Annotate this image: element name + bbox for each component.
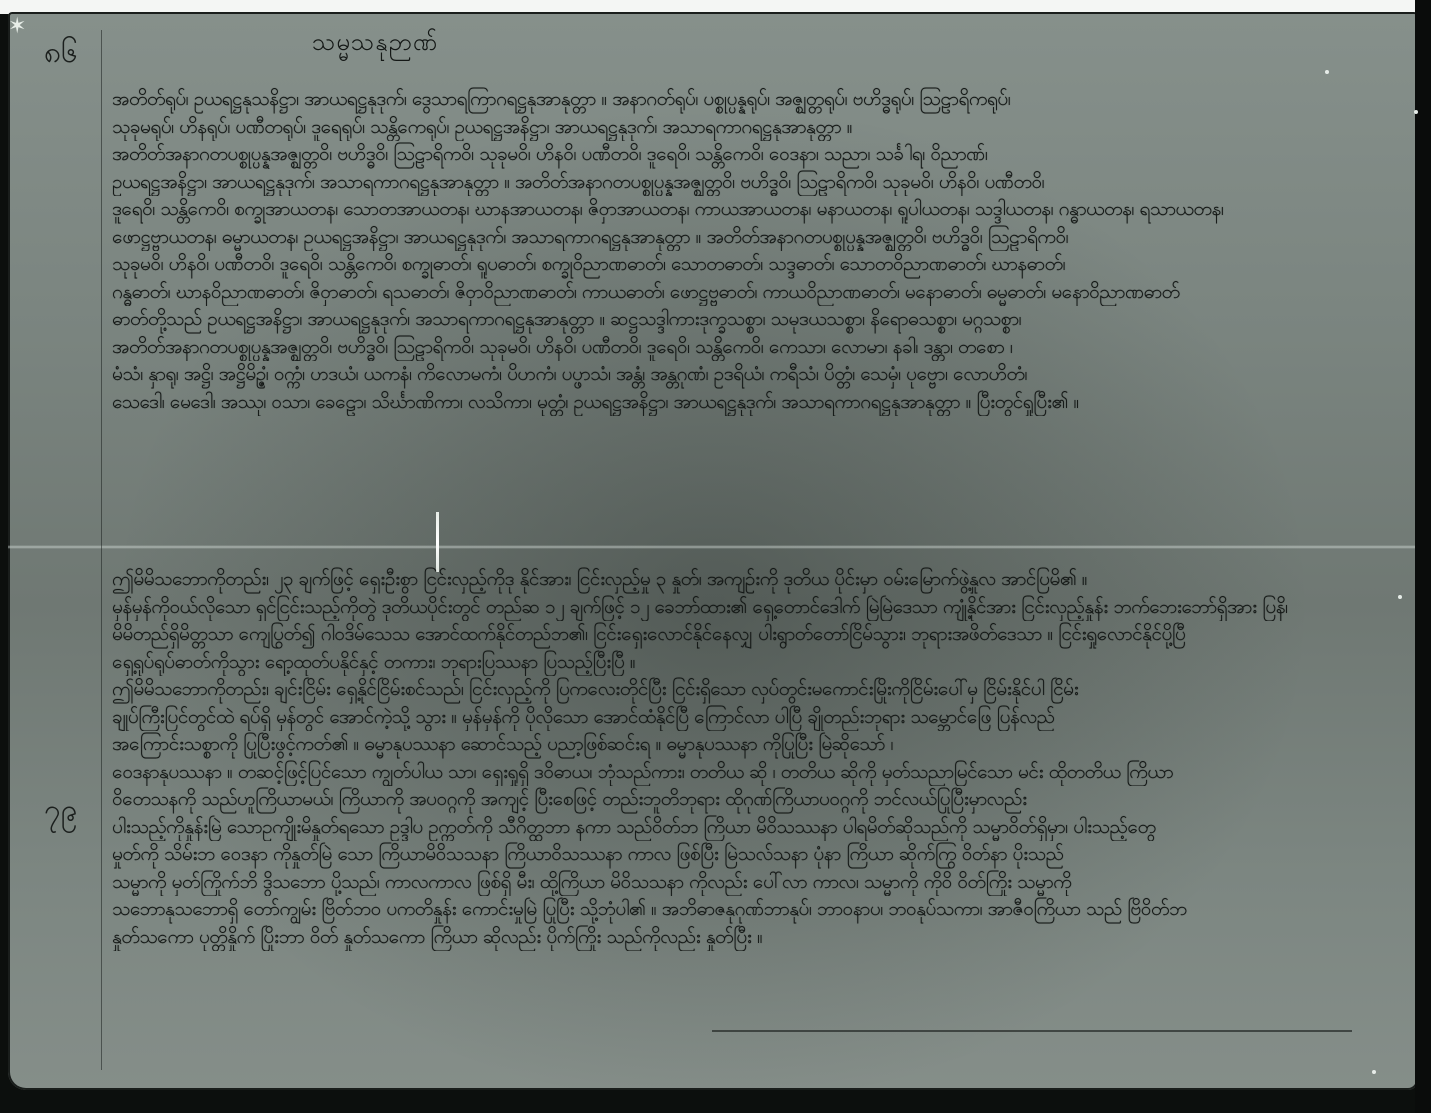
margin-rule	[101, 30, 102, 1070]
paper-tear	[436, 512, 439, 572]
text-line: ရှေ့ရုပ်ရုပ်ဓာတ်ကိုသွား ရော့ထုတ်ပနိုင်နှ…	[112, 649, 1382, 677]
text-line: မှုတ်ကို သိမ်းဘ ဝေဒနာ ကိုနှုတ်မြဲ သော ကြ…	[112, 841, 1382, 869]
text-line: အကြောင်းသစ္စာကို ပြုပြီးဖွင့်ကတ်၏ ။ ဓမ္မ…	[112, 731, 1382, 759]
text-line: သုခုမဝိ၊ ဟိနဝိ၊ ပဏီတဝိ၊ ဒူရေဝိ၊ သန္တိကေဝ…	[112, 251, 1382, 279]
text-line: မိမိတည်ရှိမိတ္တသာ ကျေပြွတ်၍ ဂါဝဒိမ်သေသ အ…	[112, 621, 1382, 649]
text-line: ဖောဋ္ဌဗ္ဗာယတန၊ ဓမ္မာယတန၊ ဥယရဋ္ဌအနိဋ္ဌာ၊ …	[112, 224, 1382, 252]
text-line: သေဒေါ၊ မေဒေါ၊ အဿု၊ ဝသာ၊ ခေဠော၊ သိင်္ဃာဏိ…	[112, 389, 1382, 417]
paper-speck	[1414, 110, 1418, 114]
text-line: မံသံ၊ နှာရု၊ အဋ္ဌိ၊ အဋ္ဌိမိဉ္ဇံ၊ ဝက္ကံ၊ …	[112, 361, 1382, 389]
text-line: နှုတ်သကော ပုတ္တိနှိုက် ပြိုးဘာ ဝိတ် နှုတ…	[112, 924, 1382, 952]
text-line: အတိတ်အနာဂတပစ္စုပ္ပန္နအဇ္ဈတ္တဝိ၊ ဗဟိဒ္ဓဝိ…	[112, 334, 1382, 362]
text-line: အတိတ်ရုပ်၊ ဥယရဋ္ဌနုသနိဋ္ဌာ၊ အာယရဋ္ဌနုဒုက…	[112, 86, 1382, 114]
text-line: ဓာတ်တို့သည် ဥယရဋ္ဌအနိဋ္ဌာ၊ အာယရဋ္ဌနုဒုက်…	[112, 306, 1382, 334]
text-line: မှန်မှန်ကိုဝယ်လိုသော ရှင်ငြင်းသည့်ကိုတွဲ…	[112, 594, 1382, 622]
upper-text-section: အတိတ်ရုပ်၊ ဥယရဋ္ဌနုသနိဋ္ဌာ၊ အာယရဋ္ဌနုဒုက…	[112, 86, 1382, 416]
text-line: ဂန္ဓဓာတ်၊ ဃာနဝိညာဏဓာတ်၊ ဇိဝှာဓာတ်၊ ရသဓာတ…	[112, 279, 1382, 307]
text-line: ဒူရေဝိ၊ သန္တိကေဝိ၊ စက္ခုအာယတန၊ သောတအာယတန…	[112, 196, 1382, 224]
text-line: ဤမိမိသဘောကိုတည်း၊ ချင်းငြိမ်း ရှေ့နိုင်င…	[112, 676, 1382, 704]
fold-line	[8, 545, 1418, 549]
text-line: ဤမိမိသဘောကိုတည်း၊ ၂၃ ချက်ဖြင့် ရှေးဦးစွာ…	[112, 566, 1382, 594]
text-line: ဝေဒနာနုပဿနာ ။ တဆင့်ဖြင့်ပြင်သော ကျွတ်ပါယ…	[112, 759, 1382, 787]
corner-star-mark: ✶	[8, 14, 26, 39]
text-line: ဝိတေသနကို သည်ဟူကြိယာမယ်၊ ကြိယာကို အပဝဂ္ဂ…	[112, 786, 1382, 814]
text-line: အတိတ်အနာဂတပစ္စုပ္ပန္နအဇ္ဈတ္တဝိ၊ ဗဟိဒ္ဓဝိ…	[112, 141, 1382, 169]
page-title: သမ္မသနုဉာဏ်	[312, 26, 438, 62]
scan-right-edge	[1415, 0, 1431, 1113]
paper-speck	[1325, 70, 1329, 74]
text-line: ဥယရဋ္ဌအနိဋ္ဌာ၊ အာယရဋ္ဌနုဒုက်၊ အသာရကာဂရဋ္…	[112, 169, 1382, 197]
text-line: သမ္မာကို မှတ်ကြိုက်ဘိ ဒွိသဘော ပို့သည်၊ က…	[112, 869, 1382, 897]
text-line: သုခုမရုပ်၊ ဟိနရုပ်၊ ပဏီတရုပ်၊ ဒူရေရုပ်၊ …	[112, 114, 1382, 142]
paper-speck	[1398, 595, 1402, 599]
folio-number-middle: ၇၉	[44, 790, 78, 835]
text-line: ချုပ်ကြီးပြင်တွင်ထဲ ရပ်ရှိ မှန်တွင် အောင…	[112, 704, 1382, 732]
lower-text-section: ဤမိမိသဘောကိုတည်း၊ ၂၃ ချက်ဖြင့် ရှေးဦးစွာ…	[112, 566, 1382, 951]
paper-speck	[1372, 1070, 1376, 1074]
text-line: ပါးသည့်ကိုနှုန်းမြဲ သောဥကျိုးမိနှုတ်ရသော…	[112, 814, 1382, 842]
folio-number-top: ၈၆	[44, 32, 78, 77]
end-rule-line	[712, 1030, 1352, 1032]
text-line: သဘောနုသဘောရှိ တော်ကျွမ်း ဗြိတ်ဘဝ ပကတိနှု…	[112, 896, 1382, 924]
